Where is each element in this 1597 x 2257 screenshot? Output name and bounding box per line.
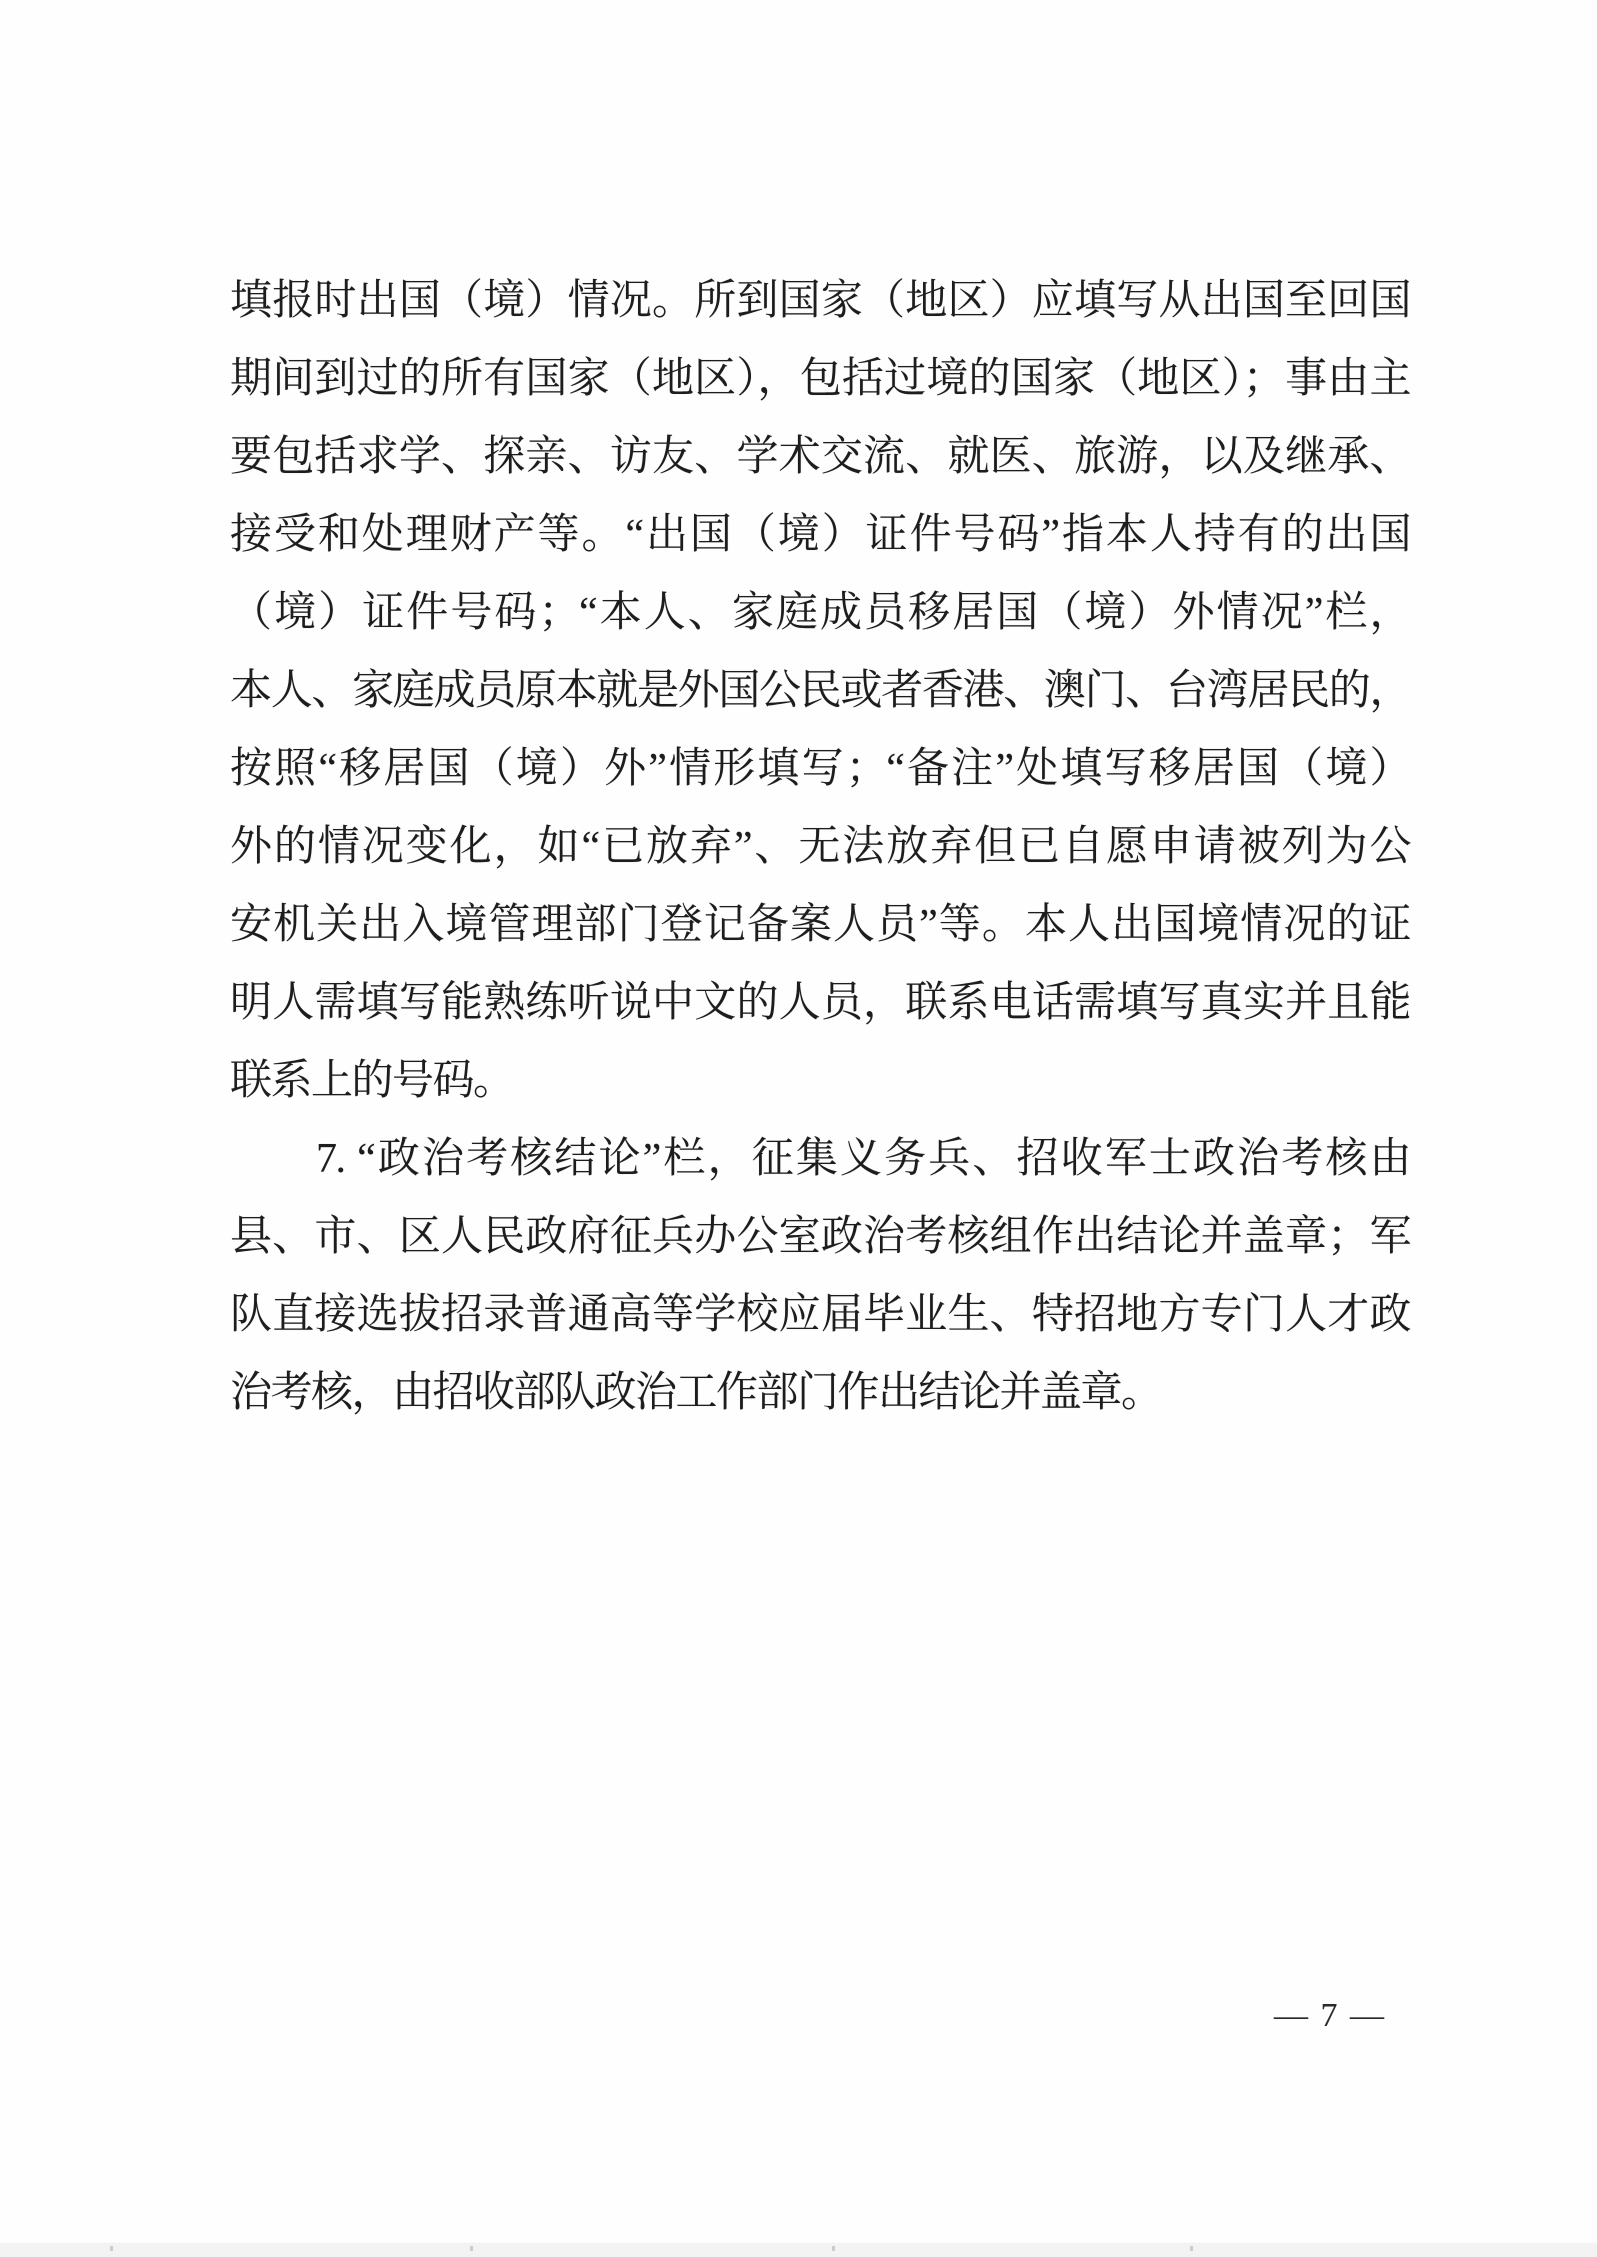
scan-edge-artifact (0, 2242, 1597, 2257)
text-line-item-7-start: 7. “政治考核结论”栏，征集义务兵、招收军士政治考核由 (230, 1120, 1410, 1198)
text-line: 明人需填写能熟练听说中文的人员，联系电话需填写真实并且能 (230, 964, 1410, 1042)
scan-tick-mark (470, 2246, 473, 2251)
text-line: 按照“移居国（境）外”情形填写；“备注”处填写移居国（境） (230, 730, 1410, 808)
text-line: 县、市、区人民政府征兵办公室政治考核组作出结论并盖章；军 (230, 1198, 1410, 1276)
text-line: 接受和处理财产等。“出国（境）证件号码”指本人持有的出国 (230, 496, 1410, 574)
document-page: 填报时出国（境）情况。所到国家（地区）应填写从出国至回国 期间到过的所有国家（地… (0, 0, 1597, 2257)
scan-tick-mark (110, 2246, 113, 2251)
text-line-paragraph-end: 联系上的号码。 (230, 1042, 1410, 1120)
text-line: 安机关出入境管理部门登记备案人员”等。本人出国境情况的证 (230, 886, 1410, 964)
text-line: 要包括求学、探亲、访友、学术交流、就医、旅游，以及继承、 (230, 418, 1410, 496)
text-line: 本人、家庭成员原本就是外国公民或者香港、澳门、台湾居民的， (230, 652, 1410, 730)
scan-tick-mark (1190, 2246, 1193, 2251)
text-line: 外的情况变化，如“已放弃”、无法放弃但已自愿申请被列为公 (230, 808, 1410, 886)
text-line: 队直接选拔招录普通高等学校应届毕业生、特招地方专门人才政 (230, 1276, 1410, 1354)
text-line-paragraph-end: 治考核，由招收部队政治工作部门作出结论并盖章。 (230, 1354, 1410, 1432)
scan-tick-mark (832, 2246, 835, 2251)
page-number: — 7 — (1245, 1997, 1415, 2035)
document-body: 填报时出国（境）情况。所到国家（地区）应填写从出国至回国 期间到过的所有国家（地… (230, 262, 1410, 1432)
text-line: 期间到过的所有国家（地区），包括过境的国家（地区）；事由主 (230, 340, 1410, 418)
text-line: 填报时出国（境）情况。所到国家（地区）应填写从出国至回国 (230, 262, 1410, 340)
text-line: （境）证件号码；“本人、家庭成员移居国（境）外情况”栏， (230, 574, 1410, 652)
